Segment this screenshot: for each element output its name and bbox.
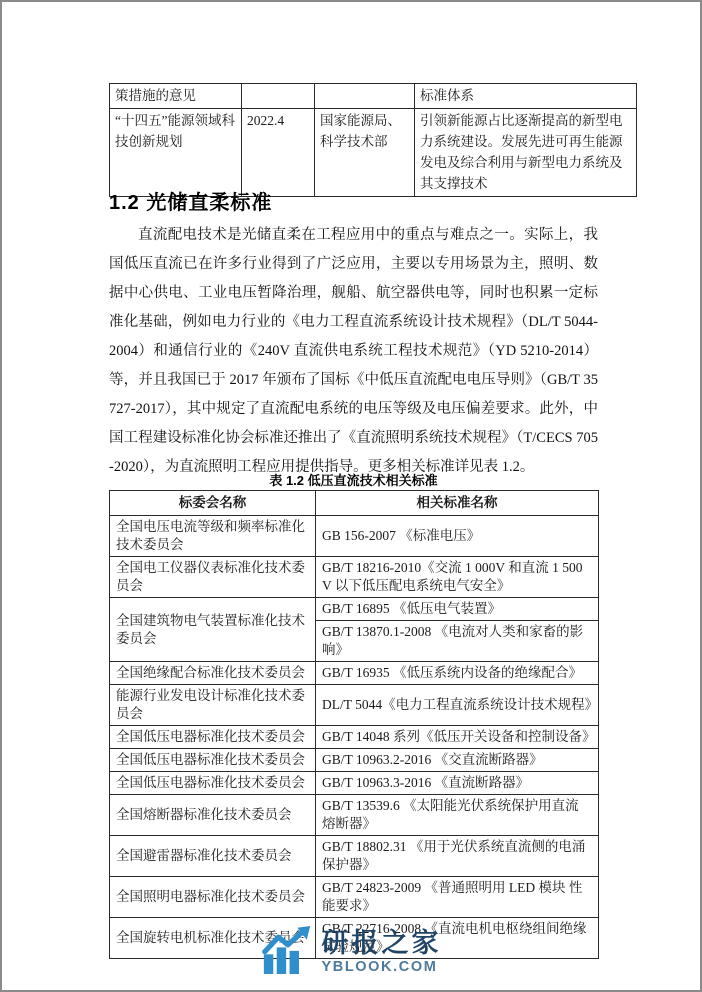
standard-cell: GB/T 24823-2009 《普通照明用 LED 模块 性能要求》: [316, 877, 599, 918]
table-row: 全国低压电器标准化技术委员会 GB/T 10963.3-2016 《直流断路器》: [110, 772, 599, 795]
table-caption: 表 1.2 低压直流技术相关标准: [109, 470, 598, 489]
standard-cell: GB/T 18216-2010《交流 1 000V 和直流 1 500V 以下低…: [316, 557, 599, 598]
standard-cell: GB/T 10963.2-2016 《交直流断路器》: [316, 749, 599, 772]
committee-cell: 能源行业发电设计标准化技术委员会: [110, 685, 316, 726]
content-cell: 标准体系: [415, 84, 637, 109]
content-cell: 引领新能源占比逐渐提高的新型电力系统建设。发展先进可再生能源发电及综合利用与新型…: [415, 109, 637, 197]
committee-cell: 全国低压电器标准化技术委员会: [110, 726, 316, 749]
agency-cell: [315, 84, 415, 109]
standard-cell: GB/T 14048 系列《低压开关设备和控制设备》: [316, 726, 599, 749]
policy-table-continuation: 策措施的意见 标准体系 “十四五”能源领域科技创新规划 2022.4 国家能源局…: [109, 83, 637, 197]
table-header-row: 标委会名称 相关标准名称: [110, 491, 599, 516]
standard-cell: GB 156-2007 《标准电压》: [316, 516, 599, 557]
committee-cell: 全国避雷器标准化技术委员会: [110, 836, 316, 877]
committee-cell: 全国熔断器标准化技术委员会: [110, 795, 316, 836]
standard-cell: GB/T 13870.1-2008 《电流对人类和家畜的影响》: [316, 621, 599, 662]
section-heading: 1.2 光储直柔标准: [109, 190, 598, 216]
table-row: 全国电工仪器仪表标准化技术委员会 GB/T 18216-2010《交流 1 00…: [110, 557, 599, 598]
body-paragraph: 直流配电技术是光储直柔在工程应用中的重点与难点之一。实际上，我国低压直流已在许多…: [109, 221, 598, 482]
committee-cell: 全国照明电器标准化技术委员会: [110, 877, 316, 918]
table-row: 全国低压电器标准化技术委员会 GB/T 14048 系列《低压开关设备和控制设备…: [110, 726, 599, 749]
standards-table: 标委会名称 相关标准名称 全国电压电流等级和频率标准化技术委员会 GB 156-…: [109, 490, 599, 959]
table-row: 全国绝缘配合标准化技术委员会 GB/T 16935 《低压系统内设备的绝缘配合》: [110, 662, 599, 685]
document-page: 策措施的意见 标准体系 “十四五”能源领域科技创新规划 2022.4 国家能源局…: [0, 0, 702, 992]
committee-cell: 全国低压电器标准化技术委员会: [110, 772, 316, 795]
table-row: 全国电压电流等级和频率标准化技术委员会 GB 156-2007 《标准电压》: [110, 516, 599, 557]
brand-name: 研报之家: [322, 930, 442, 957]
committee-header: 标委会名称: [110, 491, 316, 516]
standard-cell: GB/T 16935 《低压系统内设备的绝缘配合》: [316, 662, 599, 685]
committee-cell: 全国绝缘配合标准化技术委员会: [110, 662, 316, 685]
bar-chart-arrow-icon: [261, 926, 313, 979]
standard-cell: GB/T 10963.3-2016 《直流断路器》: [316, 772, 599, 795]
table-row: “十四五”能源领域科技创新规划 2022.4 国家能源局、科学技术部 引领新能源…: [110, 109, 637, 197]
table-row: 全国熔断器标准化技术委员会 GB/T 13539.6 《太阳能光伏系统保护用直流…: [110, 795, 599, 836]
policy-name-cell: “十四五”能源领域科技创新规划: [110, 109, 242, 197]
logo-text: 研报之家 YBLOOK.COM: [322, 930, 442, 975]
agency-cell: 国家能源局、科学技术部: [315, 109, 415, 197]
standard-cell: DL/T 5044《电力工程直流系统设计技术规程》: [316, 685, 599, 726]
standard-header: 相关标准名称: [316, 491, 599, 516]
table-row: 全国照明电器标准化技术委员会 GB/T 24823-2009 《普通照明用 LE…: [110, 877, 599, 918]
table-row: 全国低压电器标准化技术委员会 GB/T 10963.2-2016 《交直流断路器…: [110, 749, 599, 772]
date-cell: [242, 84, 315, 109]
policy-name-cell: 策措施的意见: [110, 84, 242, 109]
standard-cell: GB/T 16895 《低压电气装置》: [316, 598, 599, 621]
committee-cell: 全国低压电器标准化技术委员会: [110, 749, 316, 772]
table-row: 策措施的意见 标准体系: [110, 84, 637, 109]
committee-cell: 全国电压电流等级和频率标准化技术委员会: [110, 516, 316, 557]
standard-cell: GB/T 13539.6 《太阳能光伏系统保护用直流熔断器》: [316, 795, 599, 836]
date-cell: 2022.4: [242, 109, 315, 197]
table-row: 全国建筑物电气装置标准化技术委员会 GB/T 16895 《低压电气装置》: [110, 598, 599, 621]
footer-watermark: 研报之家 YBLOOK.COM: [2, 926, 700, 979]
brand-domain: YBLOOK.COM: [322, 960, 442, 975]
table-row: 全国避雷器标准化技术委员会 GB/T 18802.31 《用于光伏系统直流侧的电…: [110, 836, 599, 877]
standard-cell: GB/T 18802.31 《用于光伏系统直流侧的电涌保护器》: [316, 836, 599, 877]
table-row: 能源行业发电设计标准化技术委员会 DL/T 5044《电力工程直流系统设计技术规…: [110, 685, 599, 726]
committee-cell: 全国电工仪器仪表标准化技术委员会: [110, 557, 316, 598]
yblook-logo: 研报之家 YBLOOK.COM: [261, 926, 442, 979]
committee-cell: 全国建筑物电气装置标准化技术委员会: [110, 598, 316, 662]
